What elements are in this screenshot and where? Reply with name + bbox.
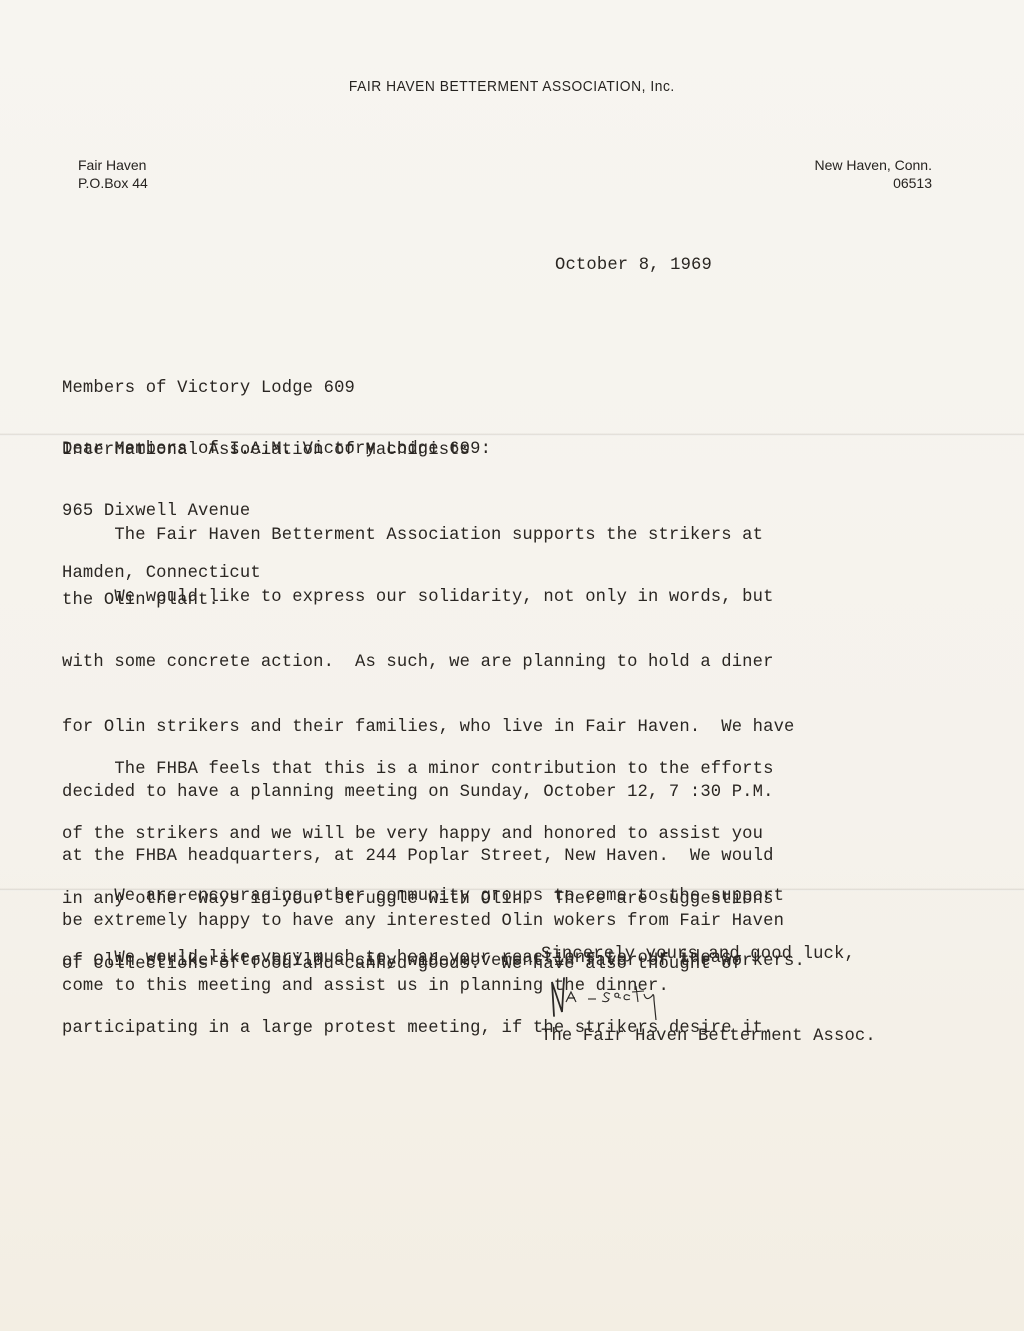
letterhead-left-line: Fair Haven — [78, 156, 148, 174]
recipient-line: Members of Victory Lodge 609 — [62, 379, 470, 400]
letterhead-right-line: New Haven, Conn. — [814, 156, 932, 174]
letterhead-right-address: New Haven, Conn. 06513 — [814, 156, 932, 192]
body-line: We would like to express our solidarity,… — [62, 587, 795, 609]
salutation: Dear Members of I.A.M. Victory Lodge 609… — [62, 440, 491, 459]
letterhead-left-line: P.O.Box 44 — [78, 174, 148, 192]
letter-page: FAIR HAVEN BETTERMENT ASSOCIATION, Inc. … — [0, 0, 1024, 1331]
body-line: The FHBA feels that this is a minor cont… — [62, 759, 774, 781]
letterhead-right-line: 06513 — [814, 174, 932, 192]
body-line: with some concrete action. As such, we a… — [62, 652, 795, 674]
letter-date: October 8, 1969 — [555, 256, 712, 275]
closing: Sincerely yours and good luck, — [541, 945, 855, 964]
signature-line: The Fair Haven Betterment Assoc. — [541, 1027, 876, 1046]
handwritten-signature: NA - Sec'ty — [548, 972, 718, 1028]
letterhead-organization: FAIR HAVEN BETTERMENT ASSOCIATION, Inc. — [41, 78, 983, 95]
letterhead-left-address: Fair Haven P.O.Box 44 — [78, 156, 148, 192]
